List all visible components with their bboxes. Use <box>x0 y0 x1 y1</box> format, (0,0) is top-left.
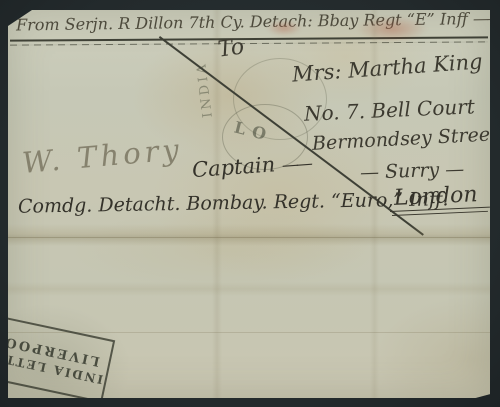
fold-crease-1-line <box>8 237 490 238</box>
fold-crease-1 <box>8 224 490 246</box>
fold-crease-vertical-1 <box>212 10 222 398</box>
photo-background: { "cover": { "docket_line": "From Serjn.… <box>0 0 500 407</box>
letter-cover: From Serjn. R Dillon 7th Cy. Detach: Bba… <box>8 10 490 398</box>
signature-script: W. Thory <box>21 135 184 178</box>
red-transit-mark <box>356 16 428 42</box>
fold-crease-2 <box>8 282 490 296</box>
docket-dash: ——— <box>473 10 490 28</box>
address-line-1: Mrs: Martha King <box>291 51 483 85</box>
address-line-2: No. 7. Bell Court <box>304 96 476 123</box>
address-line-3-text: Bermondsey Street <box>312 123 490 155</box>
signature-text: W. Thory <box>21 132 184 180</box>
ship-letter-stamp: INDIA LETTER LIVERPOOL <box>8 313 115 398</box>
red-transit-mark-small <box>266 20 302 36</box>
rank-script: Captain —— <box>191 152 310 181</box>
top-rule-dashed <box>10 41 488 45</box>
address-line-1-text: Mrs: Martha King <box>291 49 483 86</box>
unit-script: Comdg. Detacht. Bombay. Regt. “Euro,” In… <box>18 190 449 217</box>
rank-text: Captain <box>191 152 276 182</box>
unit-text: Comdg. Detacht. Bombay. Regt. “Euro,” In… <box>18 188 449 218</box>
rank-dash: —— <box>281 154 310 176</box>
fold-crease-vertical-2 <box>370 10 379 398</box>
address-line-3: Bermondsey Street <box>312 125 490 154</box>
address-line-2-text: No. 7. Bell Court <box>304 94 476 125</box>
